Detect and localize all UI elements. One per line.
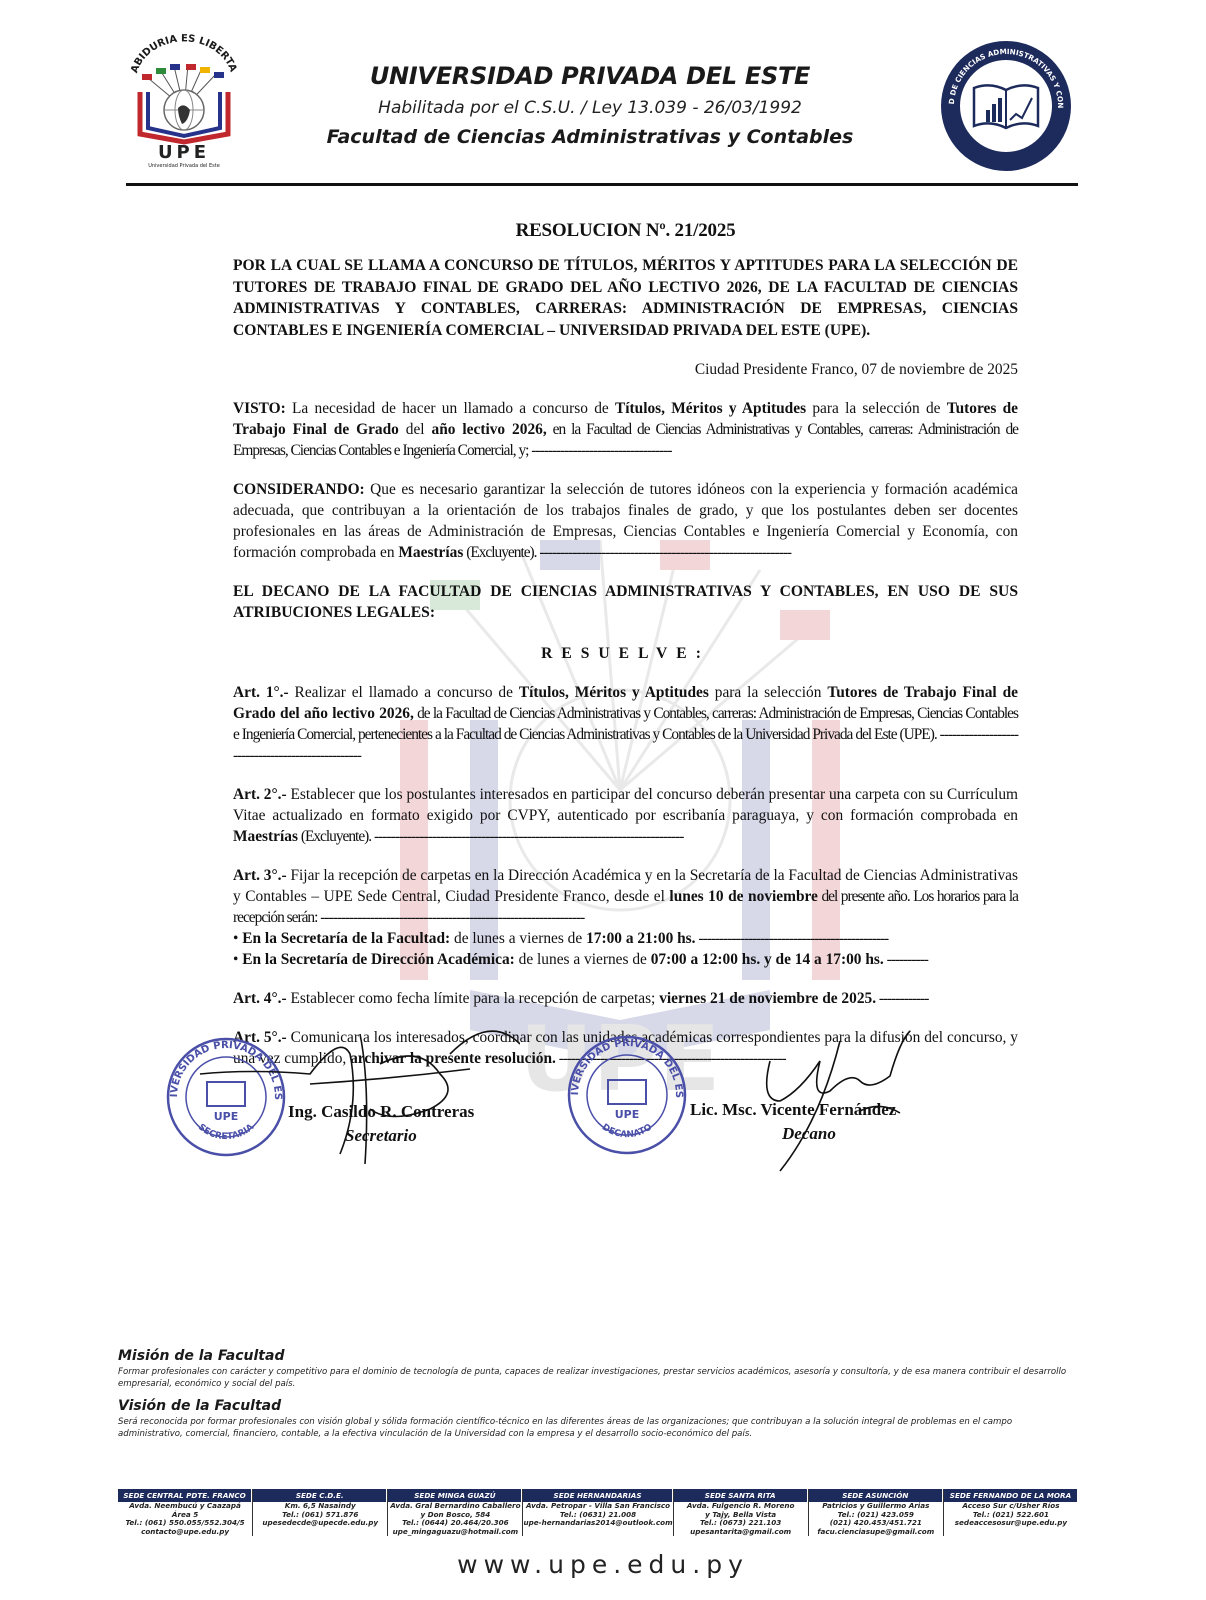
campus-entry: SEDE MINGA GUAZÚAvda. Gral Bernardino Ca… (388, 1489, 523, 1536)
campus-entry: SEDE CENTRAL PDTE. FRANCOAvda. Ñeembucú … (118, 1489, 253, 1536)
campus-entry: SEDE SANTA RITAAvda. Fulgencio R. Moreno… (674, 1489, 809, 1536)
svg-text:UPE: UPE (615, 1108, 640, 1121)
campus-entry: SEDE ASUNCIÓNPatricios y Guillermo Arias… (809, 1489, 944, 1536)
campus-entry: SEDE C.D.E.Km. 6,5 ÑasaindyTel.: (061) 5… (253, 1489, 388, 1536)
vision-text: Será reconocida por formar profesionales… (118, 1416, 1078, 1440)
resolution-date: Ciudad Presidente Franco, 07 de noviembr… (233, 359, 1018, 380)
header-text: UNIVERSIDAD PRIVADA DEL ESTE Habilitada … (250, 62, 930, 148)
campus-directory: SEDE CENTRAL PDTE. FRANCOAvda. Ñeembucú … (118, 1489, 1078, 1536)
schedule-bullet: • En la Secretaría de la Facultad: de lu… (233, 928, 1018, 949)
decano-clause: EL DECANO DE LA FACULTAD DE CIENCIAS ADM… (233, 581, 1018, 623)
mission-text: Formar profesionales con carácter y comp… (118, 1366, 1078, 1390)
article-3: Art. 3°.- Fijar la recepción de carpetas… (233, 865, 1018, 928)
schedule-bullet: • En la Secretaría de Dirección Académic… (233, 949, 1018, 970)
svg-text:DECANATO: DECANATO (600, 1122, 655, 1140)
resolution-subject: POR LA CUAL SE LLAMA A CONCURSO DE TÍTUL… (233, 255, 1018, 341)
considerando-paragraph: CONSIDERANDO: Que es necesario garantiza… (233, 479, 1018, 563)
faculty-seal-logo: FACULTAD DE CIENCIAS ADMINISTRATIVAS Y C… (938, 38, 1074, 174)
decanato-seal: UNIVERSIDAD PRIVADA DEL ESTE DECANATO UP… (566, 1034, 688, 1156)
secretario-role: Secretario (345, 1126, 417, 1146)
article-2: Art. 2°.- Establecer que los postulantes… (233, 784, 1018, 847)
svg-text:SABIDURIA ES LIBERTAD: SABIDURIA ES LIBERTAD (128, 30, 239, 75)
secretario-name: Ing. Casildo R. Contreras (288, 1102, 474, 1122)
vision-title: Visión de la Facultad (118, 1398, 1078, 1414)
signature-block: UNIVERSIDAD PRIVADA DEL ESTE SECRETARIA … (160, 1026, 1020, 1176)
university-name: UNIVERSIDAD PRIVADA DEL ESTE (250, 62, 930, 90)
article-1: Art. 1°.- Realizar el llamado a concurso… (233, 682, 1018, 766)
mission-title: Misión de la Facultad (118, 1348, 1078, 1364)
website-url[interactable]: www.upe.edu.py (0, 1550, 1206, 1579)
secretario-signature (190, 1014, 520, 1174)
decano-role: Decano (782, 1124, 836, 1144)
visto-paragraph: VISTO: La necesidad de hacer un llamado … (233, 398, 1018, 461)
campus-entry: SEDE FERNANDO DE LA MORAAcceso Sur c/Ush… (944, 1489, 1078, 1536)
faculty-name: Facultad de Ciencias Administrativas y C… (250, 126, 930, 148)
article-4: Art. 4°.- Establecer como fecha límite p… (233, 988, 1018, 1009)
resolution-title: RESOLUCION Nº. 21/2025 (233, 220, 1018, 241)
upe-logo: SABIDURIA ES LIBERTAD UPE Universidad Pr… (128, 30, 240, 168)
resolution-body: RESOLUCION Nº. 21/2025 POR LA CUAL SE LL… (233, 220, 1018, 1069)
svg-text:Universidad Privada del Este: Universidad Privada del Este (148, 163, 220, 168)
campus-entry: SEDE HERNANDARIASAvda. Petropar - Villa … (523, 1489, 673, 1536)
accreditation-line: Habilitada por el C.S.U. / Ley 13.039 - … (250, 98, 930, 118)
header-divider (126, 183, 1078, 186)
decano-name: Lic. Msc. Vicente Fernández (690, 1100, 896, 1120)
footer-mission-vision: Misión de la Facultad Formar profesional… (118, 1348, 1078, 1440)
svg-text:UPE: UPE (158, 142, 210, 163)
resuelve-heading: RESUELVE: (233, 643, 1018, 664)
